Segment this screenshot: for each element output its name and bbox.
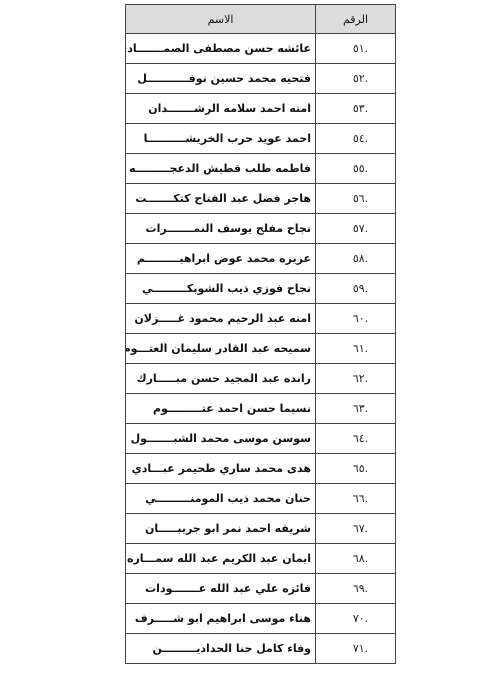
row-number: .٦١ xyxy=(316,334,396,364)
header-number: الرقم xyxy=(316,5,396,34)
table-row: .٥٢فتحيه محمد حسين نوفـــــــــــل xyxy=(126,64,396,94)
row-name: نسيما حسن احمد عتـــــــــوم xyxy=(126,394,316,424)
table-row: .٦٩فائزه علي عبد الله عـــــــودات xyxy=(126,574,396,604)
row-name: احمد عويد حرب الخريشــــــــــا xyxy=(126,124,316,154)
row-number: .٧٠ xyxy=(316,604,396,634)
table-row: .٧٠هناء موسى ابراهيم ابو شـــــرف xyxy=(126,604,396,634)
row-name: ايمان عبد الكريم عبد الله سمـــاره xyxy=(126,544,316,574)
row-name: عزيزه محمد عوض ابراهيـــــــــم xyxy=(126,244,316,274)
row-number: .٦٧ xyxy=(316,514,396,544)
row-number: .٥٨ xyxy=(316,244,396,274)
row-name: سوسن موسى محمد الشبـــــــول xyxy=(126,424,316,454)
row-name: سميحه عبد القادر سليمان العتـــوم xyxy=(126,334,316,364)
table-row: .٥١عائشه حسن مصطفى الصمـــــــادي xyxy=(126,34,396,64)
row-number: .٦٣ xyxy=(316,394,396,424)
row-number: .٦٠ xyxy=(316,304,396,334)
row-name: امنه احمد سلامه الرشـــــــدان xyxy=(126,94,316,124)
row-name: رانده عبد المجيد حسن مبـــــارك xyxy=(126,364,316,394)
row-number: .٦٦ xyxy=(316,484,396,514)
row-number: .٥١ xyxy=(316,34,396,64)
table-row: .٦٨ايمان عبد الكريم عبد الله سمـــاره xyxy=(126,544,396,574)
row-number: .٥٧ xyxy=(316,214,396,244)
header-name: الاسم xyxy=(126,5,316,34)
row-number: .٥٥ xyxy=(316,154,396,184)
row-name: هاجر فضل عبد الفتاح كتكـــــــت xyxy=(126,184,316,214)
row-number: .٥٤ xyxy=(316,124,396,154)
row-number: .٦٨ xyxy=(316,544,396,574)
row-name: هناء موسى ابراهيم ابو شـــــرف xyxy=(126,604,316,634)
row-name: حنان محمد ذيب المومنـــــــــي xyxy=(126,484,316,514)
row-number: .٦٥ xyxy=(316,454,396,484)
table-row: .٦٧شريفه احمد نمر ابو جريبـــــان xyxy=(126,514,396,544)
table-row: .٥٦هاجر فضل عبد الفتاح كتكـــــــت xyxy=(126,184,396,214)
table-row: .٥٤احمد عويد حرب الخريشــــــــــا xyxy=(126,124,396,154)
row-name: نجاح فوزي ذيب الشوبكـــــــــي xyxy=(126,274,316,304)
row-number: .٥٩ xyxy=(316,274,396,304)
table-row: .٥٩نجاح فوزي ذيب الشوبكـــــــــي xyxy=(126,274,396,304)
table-row: .٦٣نسيما حسن احمد عتـــــــــوم xyxy=(126,394,396,424)
table-row: .٦٠امنه عبد الرحيم محمود غـــــزلان xyxy=(126,304,396,334)
table-row: .٧١وفاء كامل حنا الحداديـــــــــن xyxy=(126,634,396,664)
table-row: .٥٨عزيزه محمد عوض ابراهيـــــــــم xyxy=(126,244,396,274)
row-number: .٥٣ xyxy=(316,94,396,124)
row-number: .٥٦ xyxy=(316,184,396,214)
row-number: .٦٩ xyxy=(316,574,396,604)
row-name: نجاح مفلح يوسف النمـــــــرات xyxy=(126,214,316,244)
table-row: .٦٦حنان محمد ذيب المومنـــــــــي xyxy=(126,484,396,514)
table-row: .٥٥فاطمه طلب قطيش الدعجـــــــــه xyxy=(126,154,396,184)
row-number: .٧١ xyxy=(316,634,396,664)
table-row: .٦٤سوسن موسى محمد الشبـــــــول xyxy=(126,424,396,454)
row-name: شريفه احمد نمر ابو جريبـــــان xyxy=(126,514,316,544)
names-table: الرقم الاسم .٥١عائشه حسن مصطفى الصمـــــ… xyxy=(125,4,396,664)
row-name: عائشه حسن مصطفى الصمـــــــادي xyxy=(126,34,316,64)
row-number: .٦٢ xyxy=(316,364,396,394)
row-name: فائزه علي عبد الله عـــــــودات xyxy=(126,574,316,604)
row-name: هدى محمد ساري طحيمر عبـــادي xyxy=(126,454,316,484)
table-body: .٥١عائشه حسن مصطفى الصمـــــــادي.٥٢فتحي… xyxy=(126,34,396,664)
table-row: .٦١سميحه عبد القادر سليمان العتـــوم xyxy=(126,334,396,364)
row-name: فاطمه طلب قطيش الدعجـــــــــه xyxy=(126,154,316,184)
table-row: .٦٢رانده عبد المجيد حسن مبـــــارك xyxy=(126,364,396,394)
row-number: .٥٢ xyxy=(316,64,396,94)
row-name: امنه عبد الرحيم محمود غـــــزلان xyxy=(126,304,316,334)
row-number: .٦٤ xyxy=(316,424,396,454)
table-header-row: الرقم الاسم xyxy=(126,5,396,34)
table-row: .٥٧نجاح مفلح يوسف النمـــــــرات xyxy=(126,214,396,244)
row-name: وفاء كامل حنا الحداديـــــــــن xyxy=(126,634,316,664)
table-row: .٥٣امنه احمد سلامه الرشـــــــدان xyxy=(126,94,396,124)
row-name: فتحيه محمد حسين نوفـــــــــــل xyxy=(126,64,316,94)
table-row: .٦٥هدى محمد ساري طحيمر عبـــادي xyxy=(126,454,396,484)
